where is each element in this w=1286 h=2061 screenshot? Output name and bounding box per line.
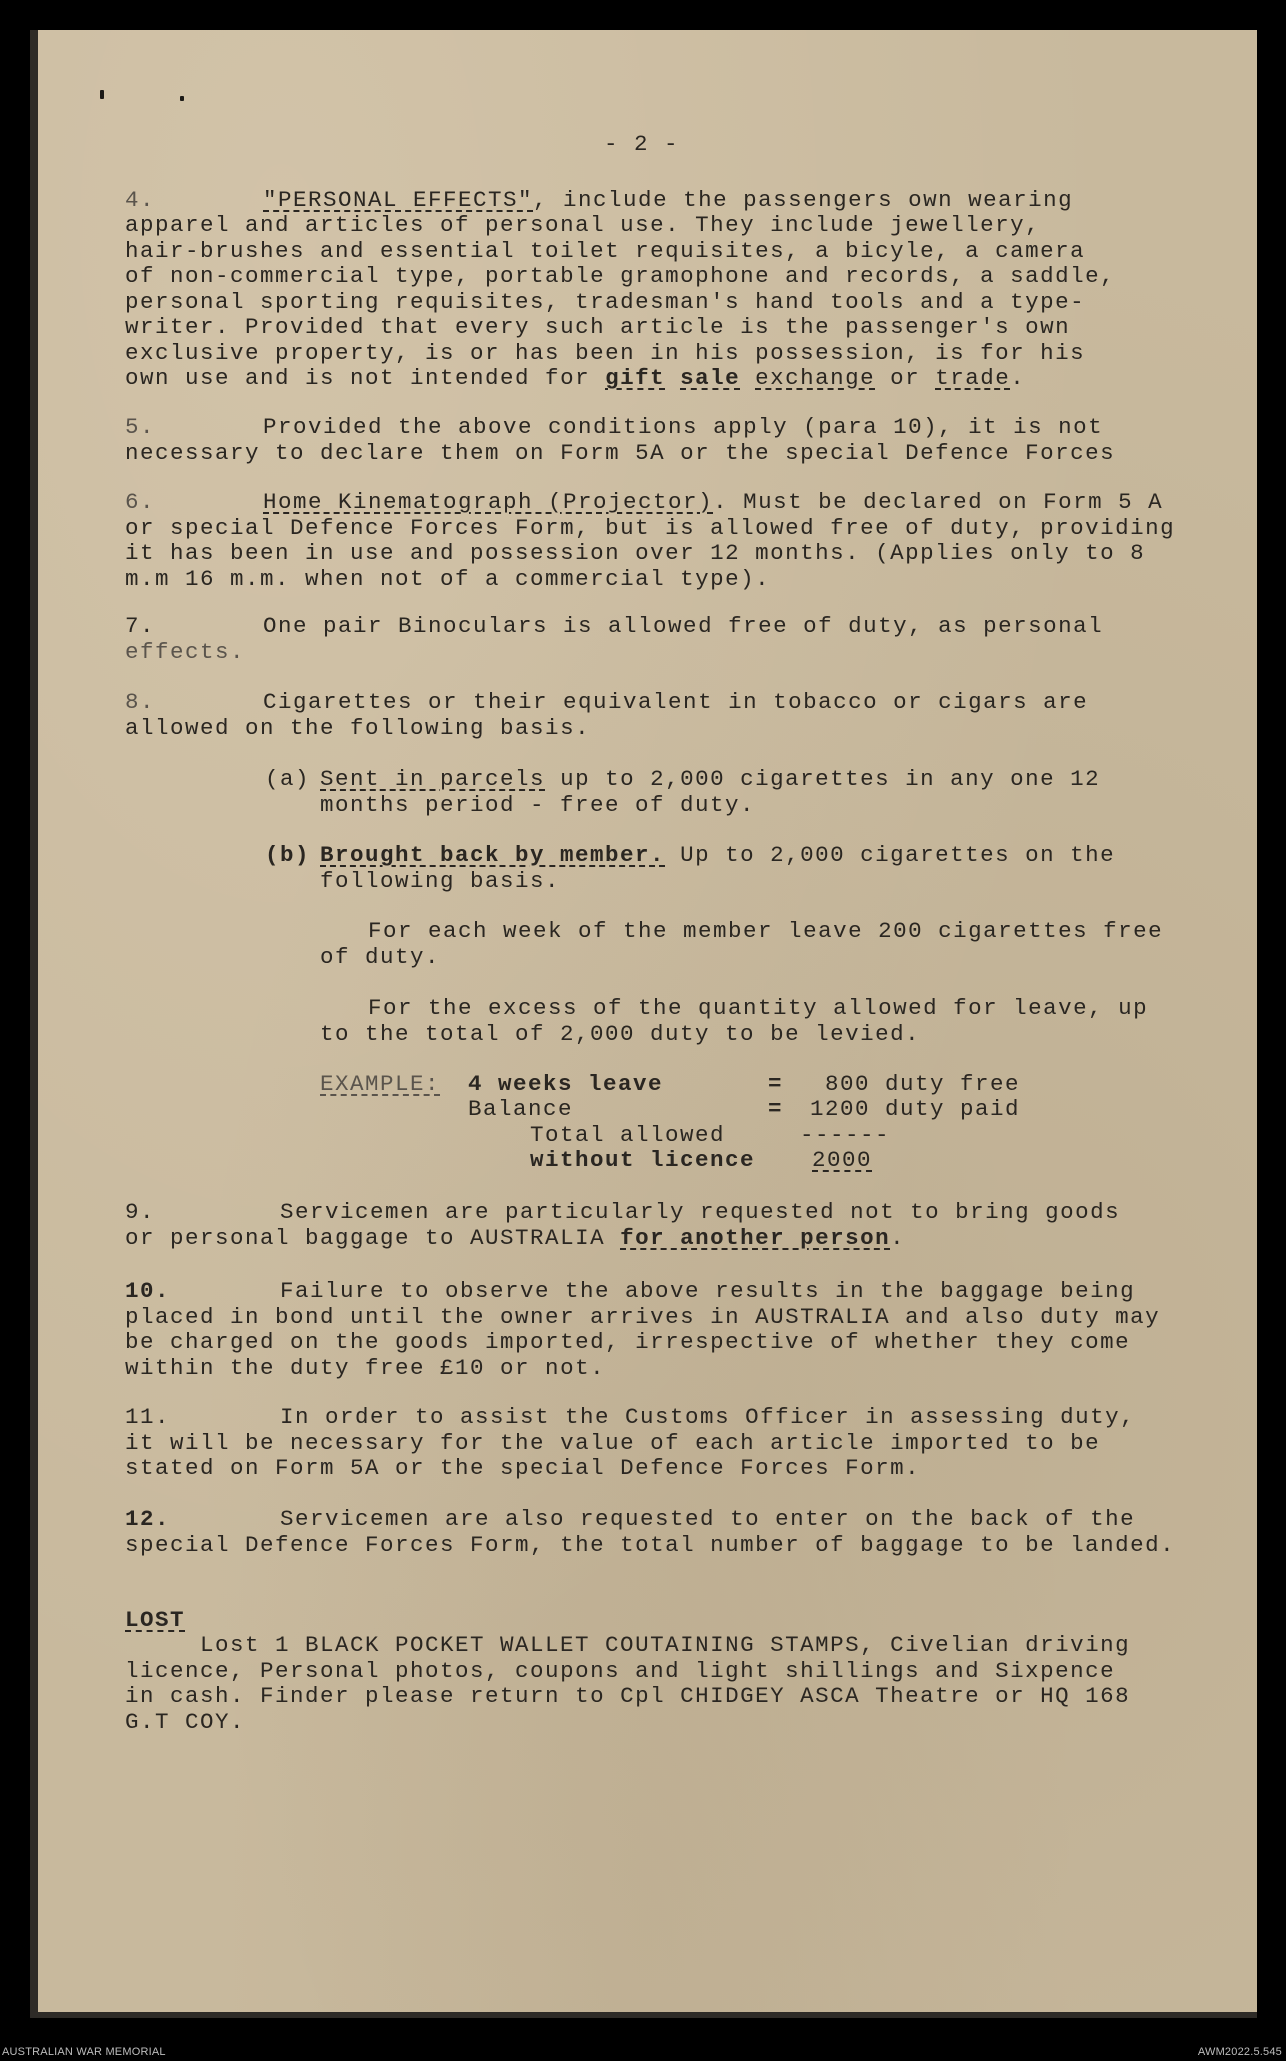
example-value: 800 duty free xyxy=(825,1072,1020,1098)
paragraph-number: 11. xyxy=(125,1405,170,1431)
paragraph-number: 4. xyxy=(125,188,155,214)
paragraph-4-line: writer. Provided that every such article… xyxy=(125,315,1070,341)
paragraph-5-line: necessary to declare them on Form 5A or … xyxy=(125,441,1115,467)
example-item: without licence xyxy=(530,1148,755,1174)
paragraph-10-line: be charged on the goods imported, irresp… xyxy=(125,1330,1130,1356)
paragraph-11-line: stated on Form 5A or the special Defence… xyxy=(125,1456,920,1482)
paragraph-4-line: of non-commercial type, portable gramoph… xyxy=(125,264,1115,290)
paragraph-number: 8. xyxy=(125,690,155,716)
paragraph-10-line: Failure to observe the above results in … xyxy=(280,1279,1135,1305)
paragraph-5-line: Provided the above conditions apply (par… xyxy=(263,415,1103,441)
paragraph-number: 12. xyxy=(125,1507,170,1533)
paragraph-4-line: personal sporting requisites, tradesman'… xyxy=(125,290,1085,316)
paragraph-4-line-1: "PERSONAL EFFECTS", include the passenge… xyxy=(263,188,1073,214)
sub-item-a-line: months period - free of duty. xyxy=(320,793,755,819)
example-item: Total allowed xyxy=(530,1123,725,1149)
example-item: Balance xyxy=(468,1097,573,1123)
lost-heading: LOST xyxy=(125,1608,185,1634)
paragraph-number: 6. xyxy=(125,490,155,516)
punch-mark xyxy=(180,96,184,101)
paragraph-10-line: within the duty free £10 or not. xyxy=(125,1356,605,1382)
paragraph-6-line: it has been in use and possession over 1… xyxy=(125,541,1145,567)
paragraph-number: 10. xyxy=(125,1279,170,1305)
paragraph-4-line-1-rest: , include the passengers own wearing xyxy=(533,187,1073,213)
paragraph-9-line-2: or personal baggage to AUSTRALIA for ano… xyxy=(125,1226,905,1252)
example-item: 4 weeks leave xyxy=(468,1072,663,1098)
paragraph-6-line: or special Defence Forces Form, but is a… xyxy=(125,516,1175,542)
sub-item-b-line: following basis. xyxy=(320,869,560,895)
sub-item-heading: Brought back by member. xyxy=(320,842,665,868)
paragraph-4-line: apparel and articles of personal use. Th… xyxy=(125,213,1040,239)
lost-line: in cash. Finder please return to Cpl CHI… xyxy=(125,1684,1130,1710)
paragraph-10-line: placed in bond until the owner arrives i… xyxy=(125,1305,1160,1331)
paragraph-12-line: Servicemen are also requested to enter o… xyxy=(280,1507,1135,1533)
example-label: EXAMPLE: xyxy=(320,1072,440,1098)
example-total: 2000 xyxy=(812,1148,872,1174)
paragraph-4-line: exclusive property, is or has been in hi… xyxy=(125,341,1085,367)
heading-home-kinematograph: Home Kinematograph (Projector) xyxy=(263,489,713,515)
paragraph-8-line: allowed on the following basis. xyxy=(125,716,590,742)
paragraph-11-line: it will be necessary for the value of ea… xyxy=(125,1431,1100,1457)
note-line: to the total of 2,000 duty to be levied. xyxy=(320,1022,920,1048)
example-value: 1200 duty paid xyxy=(810,1097,1020,1123)
punch-mark xyxy=(100,90,104,99)
footer-accession-number: AWM2022.5.545 xyxy=(1198,2046,1282,2058)
heading-personal-effects: "PERSONAL EFFECTS" xyxy=(263,187,533,213)
sub-item-label: (a) xyxy=(265,767,310,793)
sub-item-label: (b) xyxy=(265,843,310,869)
sub-item-a-line-1: Sent in parcels up to 2,000 cigarettes i… xyxy=(320,767,1100,793)
example-sep: = xyxy=(768,1072,783,1098)
note-line: of duty. xyxy=(320,945,440,971)
paragraph-7-line: One pair Binoculars is allowed free of d… xyxy=(263,614,1103,640)
paragraph-4-line: hair-brushes and essential toilet requis… xyxy=(125,239,1085,265)
paragraph-4-line-last: own use and is not intended for gift sal… xyxy=(125,366,1025,392)
note-line: For the excess of the quantity allowed f… xyxy=(368,996,1148,1022)
paragraph-8-line: Cigarettes or their equivalent in tobacc… xyxy=(263,690,1088,716)
sub-item-b-line-1: Brought back by member. Up to 2,000 ciga… xyxy=(320,843,1115,869)
note-line: For each week of the member leave 200 ci… xyxy=(368,919,1163,945)
paragraph-number: 5. xyxy=(125,415,155,441)
lost-line: G.T COY. xyxy=(125,1710,245,1736)
example-sep: = xyxy=(768,1097,783,1123)
paragraph-12-line: special Defence Forces Form, the total n… xyxy=(125,1533,1175,1559)
sub-item-heading: Sent in parcels xyxy=(320,766,545,792)
lost-line: licence, Personal photos, coupons and li… xyxy=(125,1659,1115,1685)
example-value: ------ xyxy=(800,1123,890,1149)
paragraph-6-line: m.m 16 m.m. when not of a commercial typ… xyxy=(125,567,770,593)
paragraph-9-line: Servicemen are particularly requested no… xyxy=(280,1200,1120,1226)
paragraph-number: 9. xyxy=(125,1200,155,1226)
paragraph-7-line: effects. xyxy=(125,640,245,666)
paragraph-6-line-1: Home Kinematograph (Projector). Must be … xyxy=(263,490,1163,516)
page-number: - 2 - xyxy=(604,132,679,158)
lost-line: Lost 1 BLACK POCKET WALLET COUTAINING ST… xyxy=(200,1633,1130,1659)
footer-source: AUSTRALIAN WAR MEMORIAL xyxy=(2,2046,166,2058)
paragraph-number: 7. xyxy=(125,614,155,640)
paragraph-11-line: In order to assist the Customs Officer i… xyxy=(280,1405,1135,1431)
